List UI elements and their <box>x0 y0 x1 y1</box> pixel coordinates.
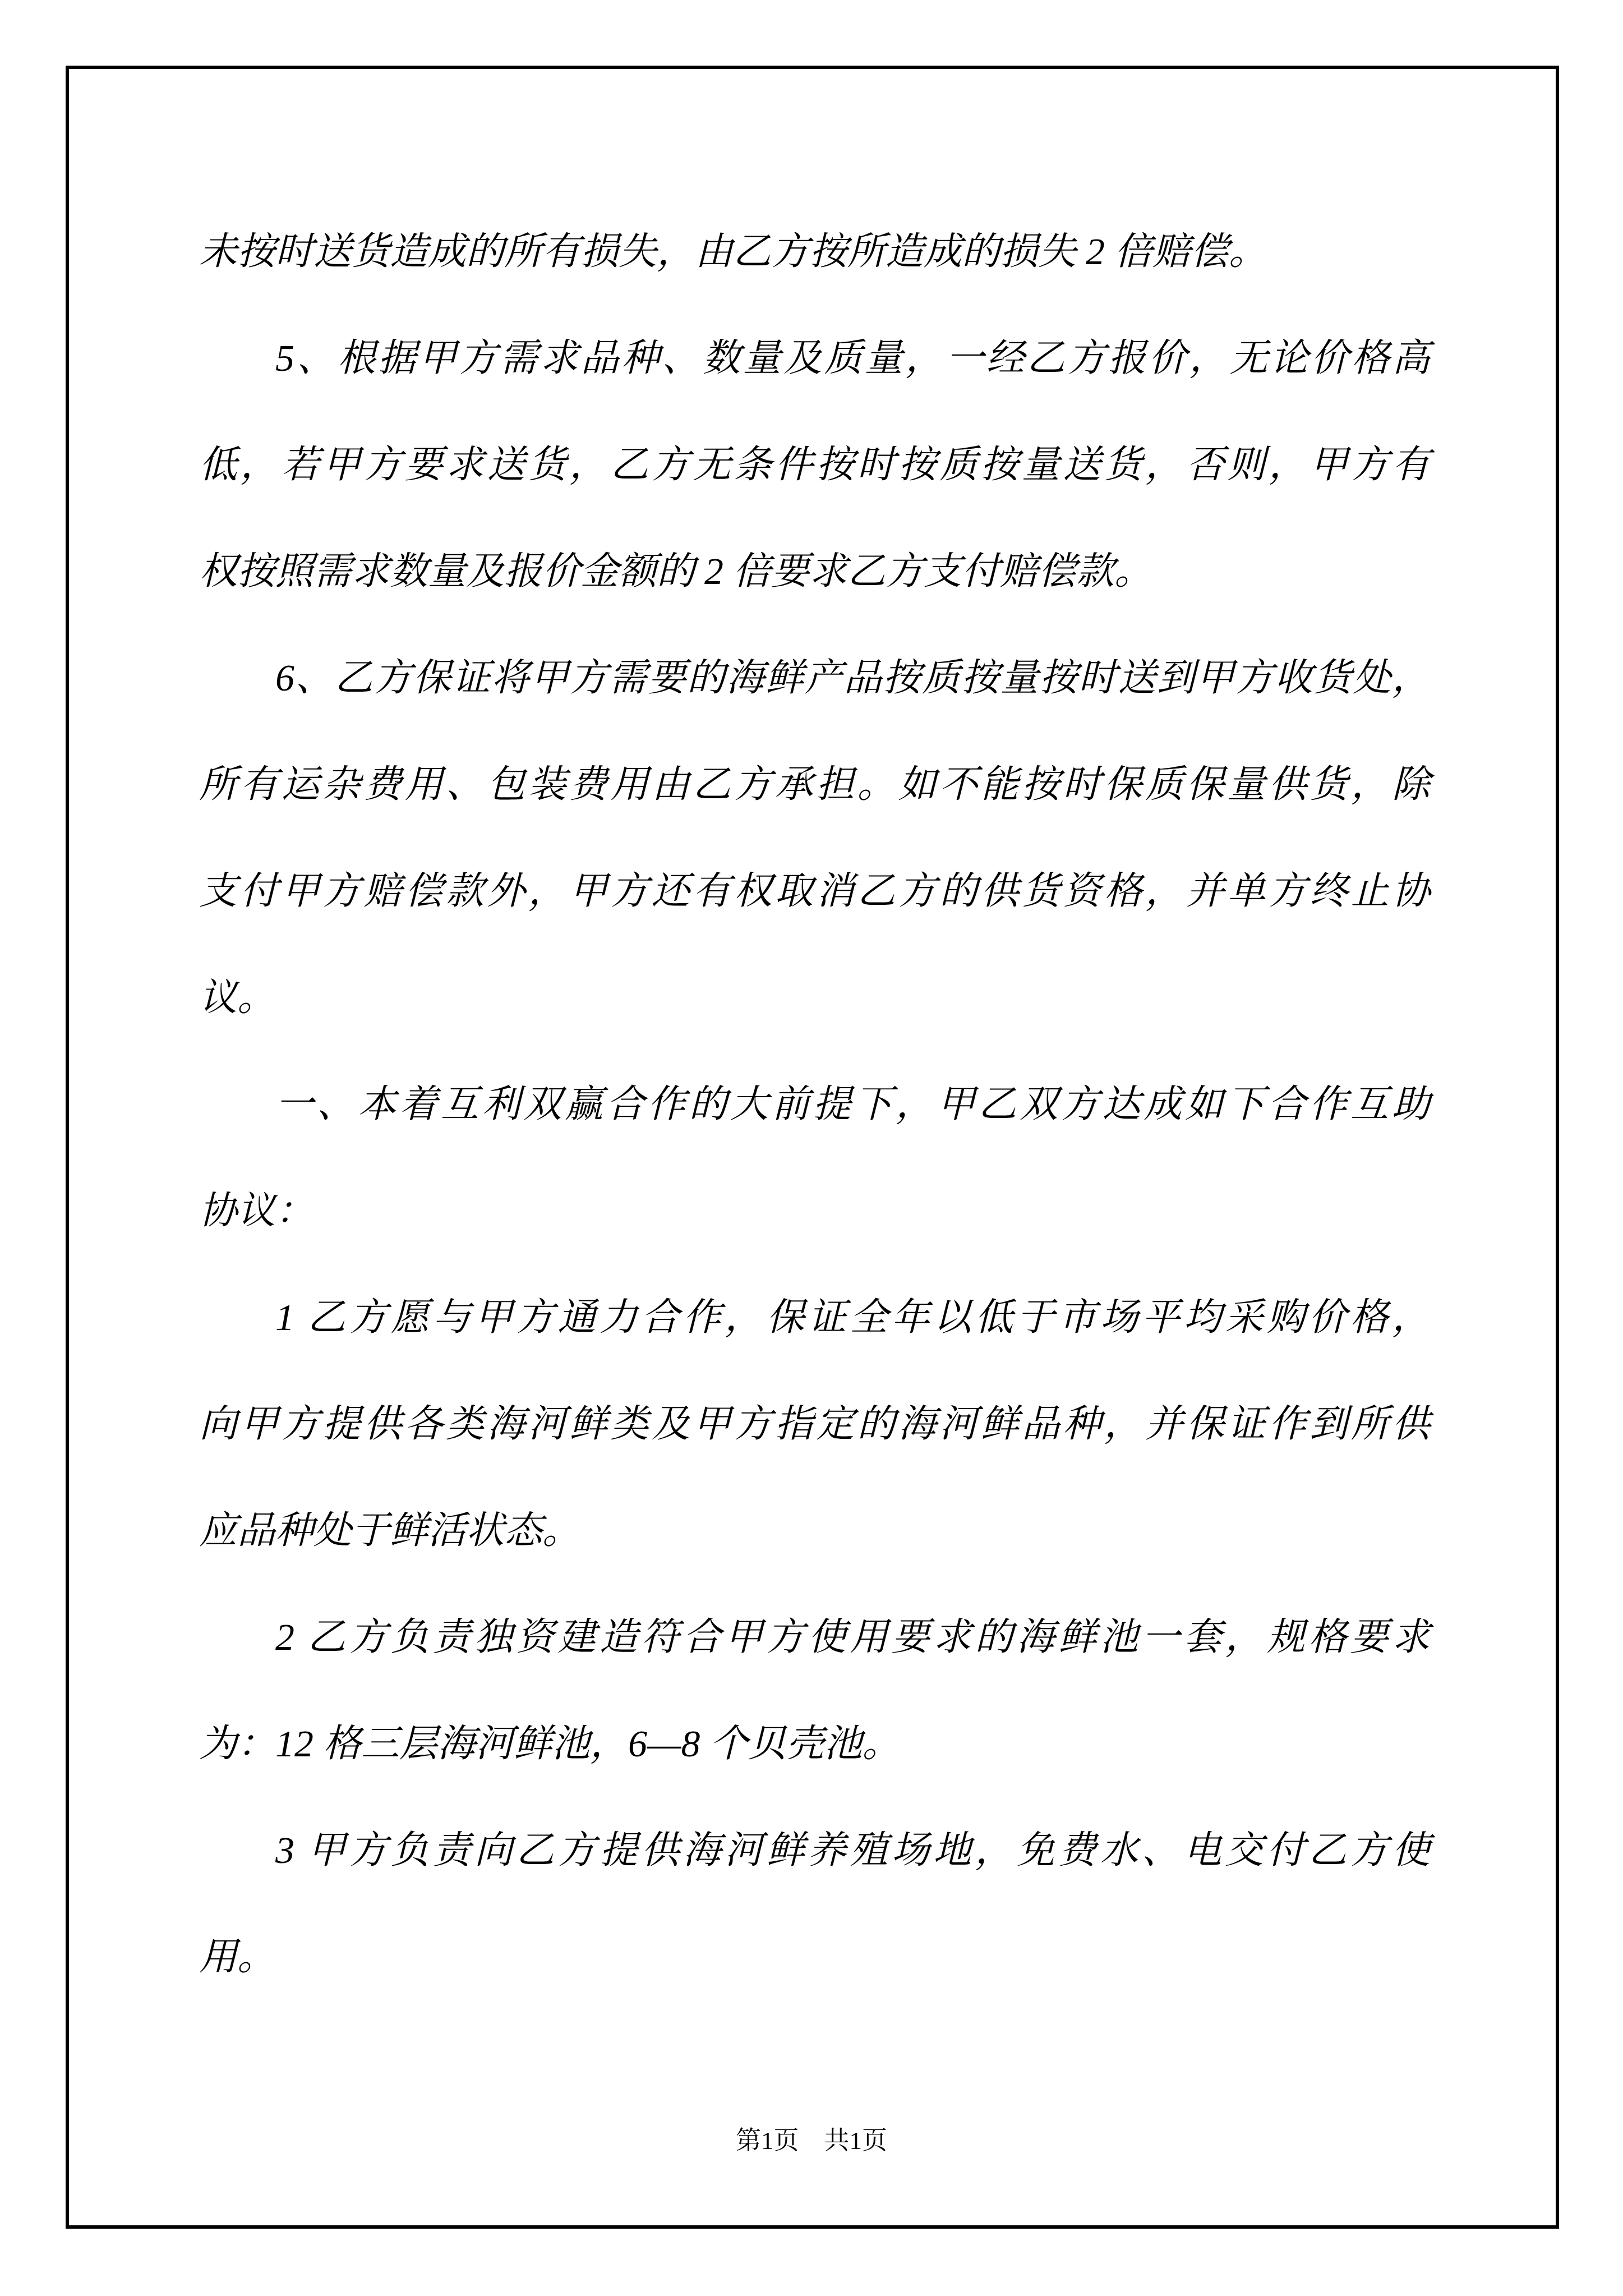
document-body: 未按时送货造成的所有损失，由乙方按所造成的损失 2 倍赔偿。5、根据甲方需求品种… <box>199 198 1430 2010</box>
text-line: 协议： <box>199 1157 1430 1264</box>
document-page: 未按时送货造成的所有损失，由乙方按所造成的损失 2 倍赔偿。5、根据甲方需求品种… <box>0 0 1623 2296</box>
text-line: 低，若甲方要求送货，乙方无条件按时按质按量送货，否则，甲方有 <box>199 411 1430 518</box>
text-line: 3 甲方负责向乙方提供海河鲜养殖场地，免费水、电交付乙方使 <box>199 1797 1430 1903</box>
text-line: 支付甲方赔偿款外，甲方还有权取消乙方的供货资格，并单方终止协 <box>199 838 1430 944</box>
page-number-footer: 第1页 共1页 <box>0 2126 1623 2155</box>
text-line: 议。 <box>199 944 1430 1051</box>
text-line: 向甲方提供各类海河鲜类及甲方指定的海河鲜品种，并保证作到所供 <box>199 1370 1430 1477</box>
text-line: 一、本着互利双赢合作的大前提下，甲乙双方达成如下合作互助 <box>199 1051 1430 1157</box>
text-line: 应品种处于鲜活状态。 <box>199 1477 1430 1584</box>
text-line: 权按照需求数量及报价金额的 2 倍要求乙方支付赔偿款。 <box>199 518 1430 624</box>
text-line: 所有运杂费用、包装费用由乙方承担。如不能按时保质保量供货，除 <box>199 731 1430 838</box>
text-line: 5、根据甲方需求品种、数量及质量，一经乙方报价，无论价格高 <box>199 305 1430 411</box>
text-line: 6、乙方保证将甲方需要的海鲜产品按质按量按时送到甲方收货处， <box>199 624 1430 731</box>
text-line: 为：12 格三层海河鲜池，6—8 个贝壳池。 <box>199 1690 1430 1797</box>
text-line: 未按时送货造成的所有损失，由乙方按所造成的损失 2 倍赔偿。 <box>199 198 1430 305</box>
text-line: 2 乙方负责独资建造符合甲方使用要求的海鲜池一套，规格要求 <box>199 1584 1430 1690</box>
text-line: 用。 <box>199 1903 1430 2010</box>
text-line: 1 乙方愿与甲方通力合作，保证全年以低于市场平均采购价格， <box>199 1264 1430 1370</box>
